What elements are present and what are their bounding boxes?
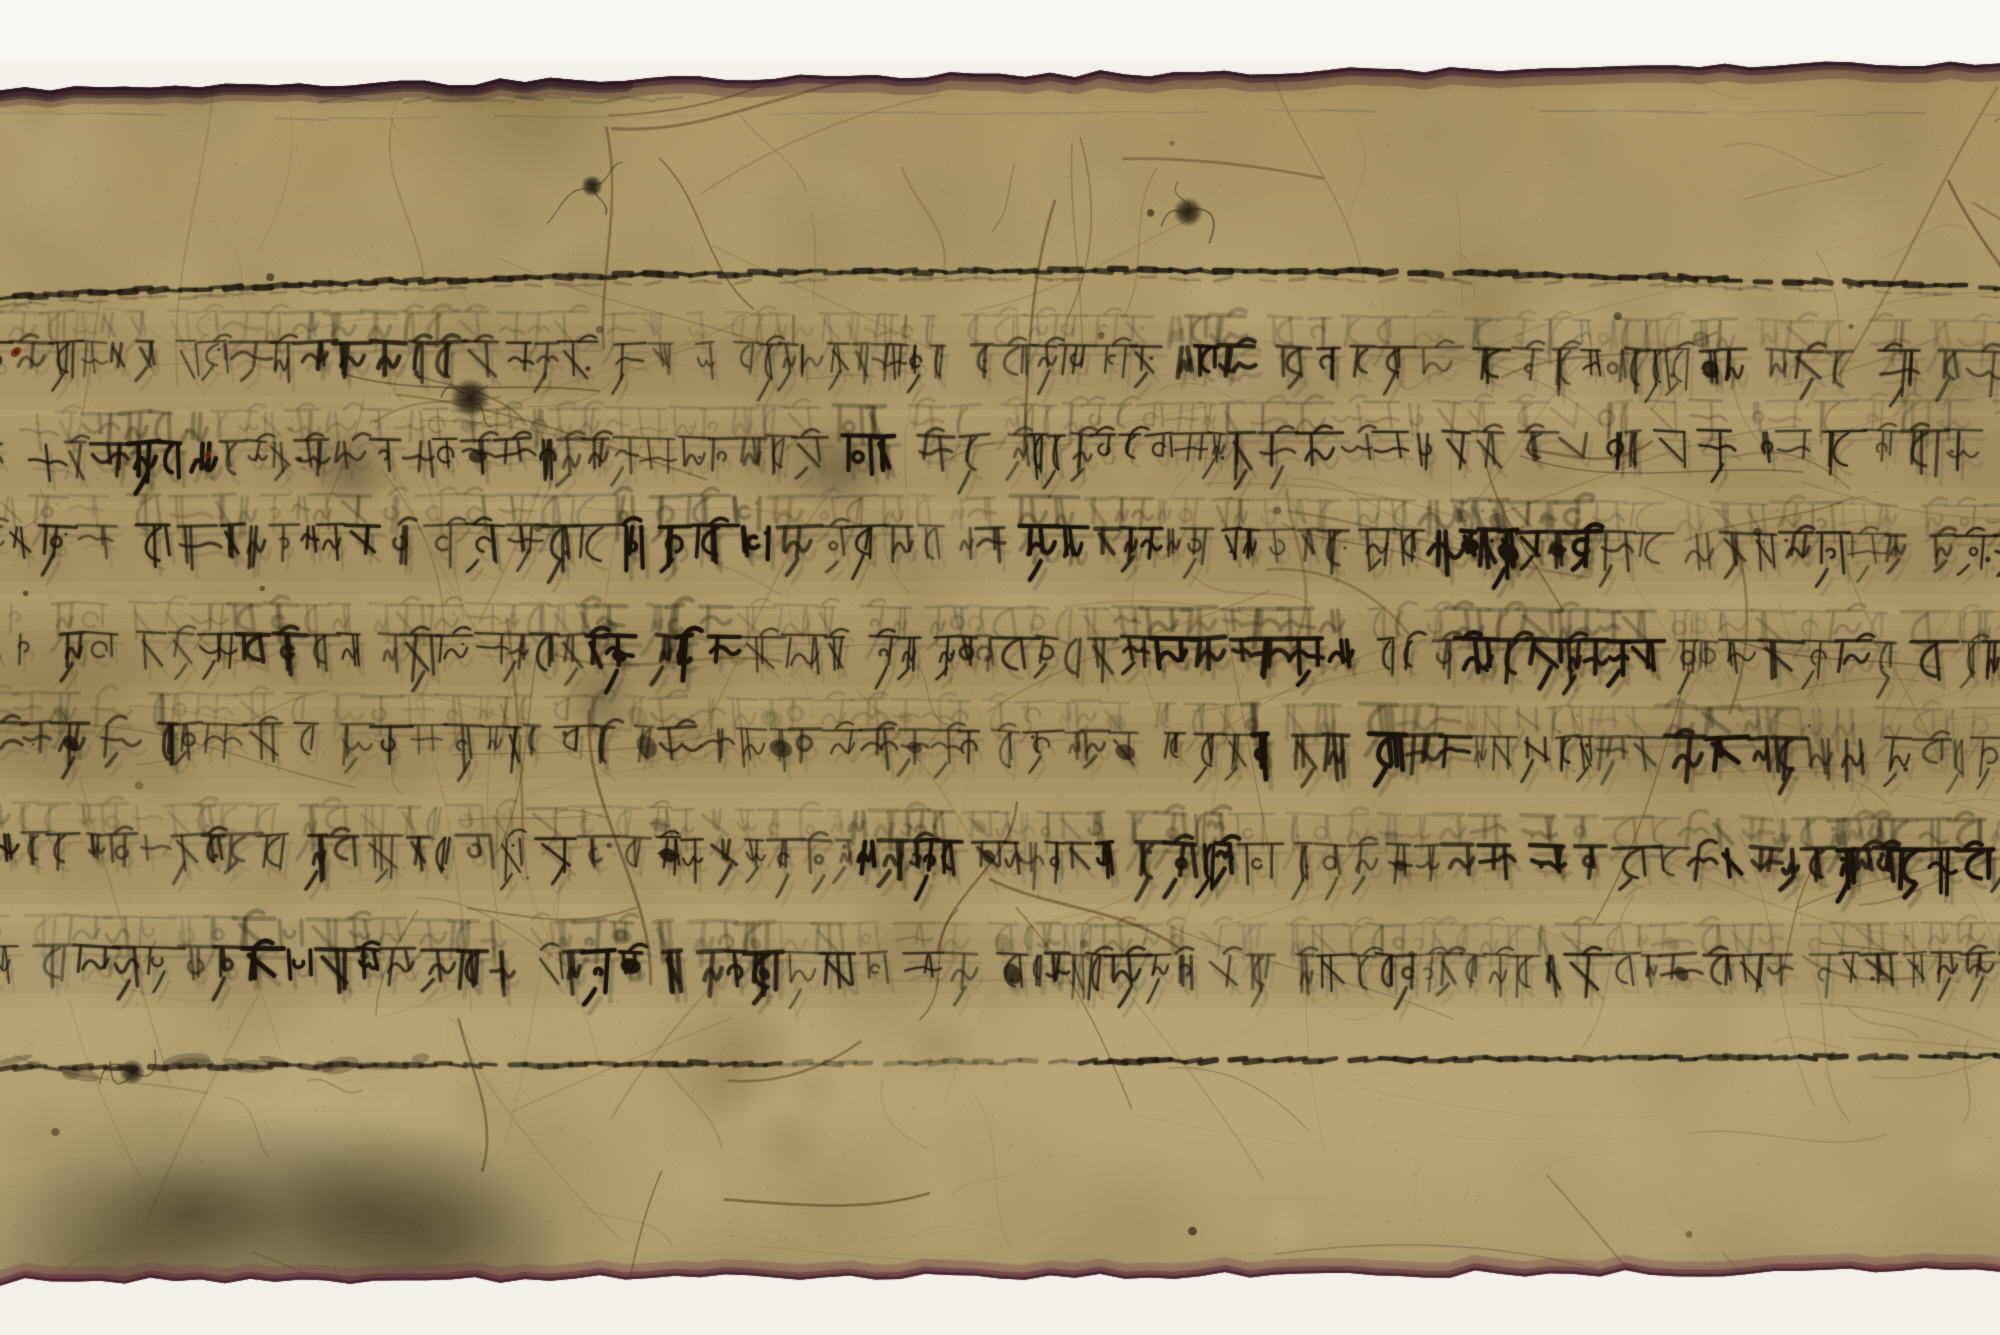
manuscript-canvas [0, 0, 2000, 1335]
manuscript-scan: Aged manuscript leaf with seven lines of… [0, 0, 2000, 1335]
